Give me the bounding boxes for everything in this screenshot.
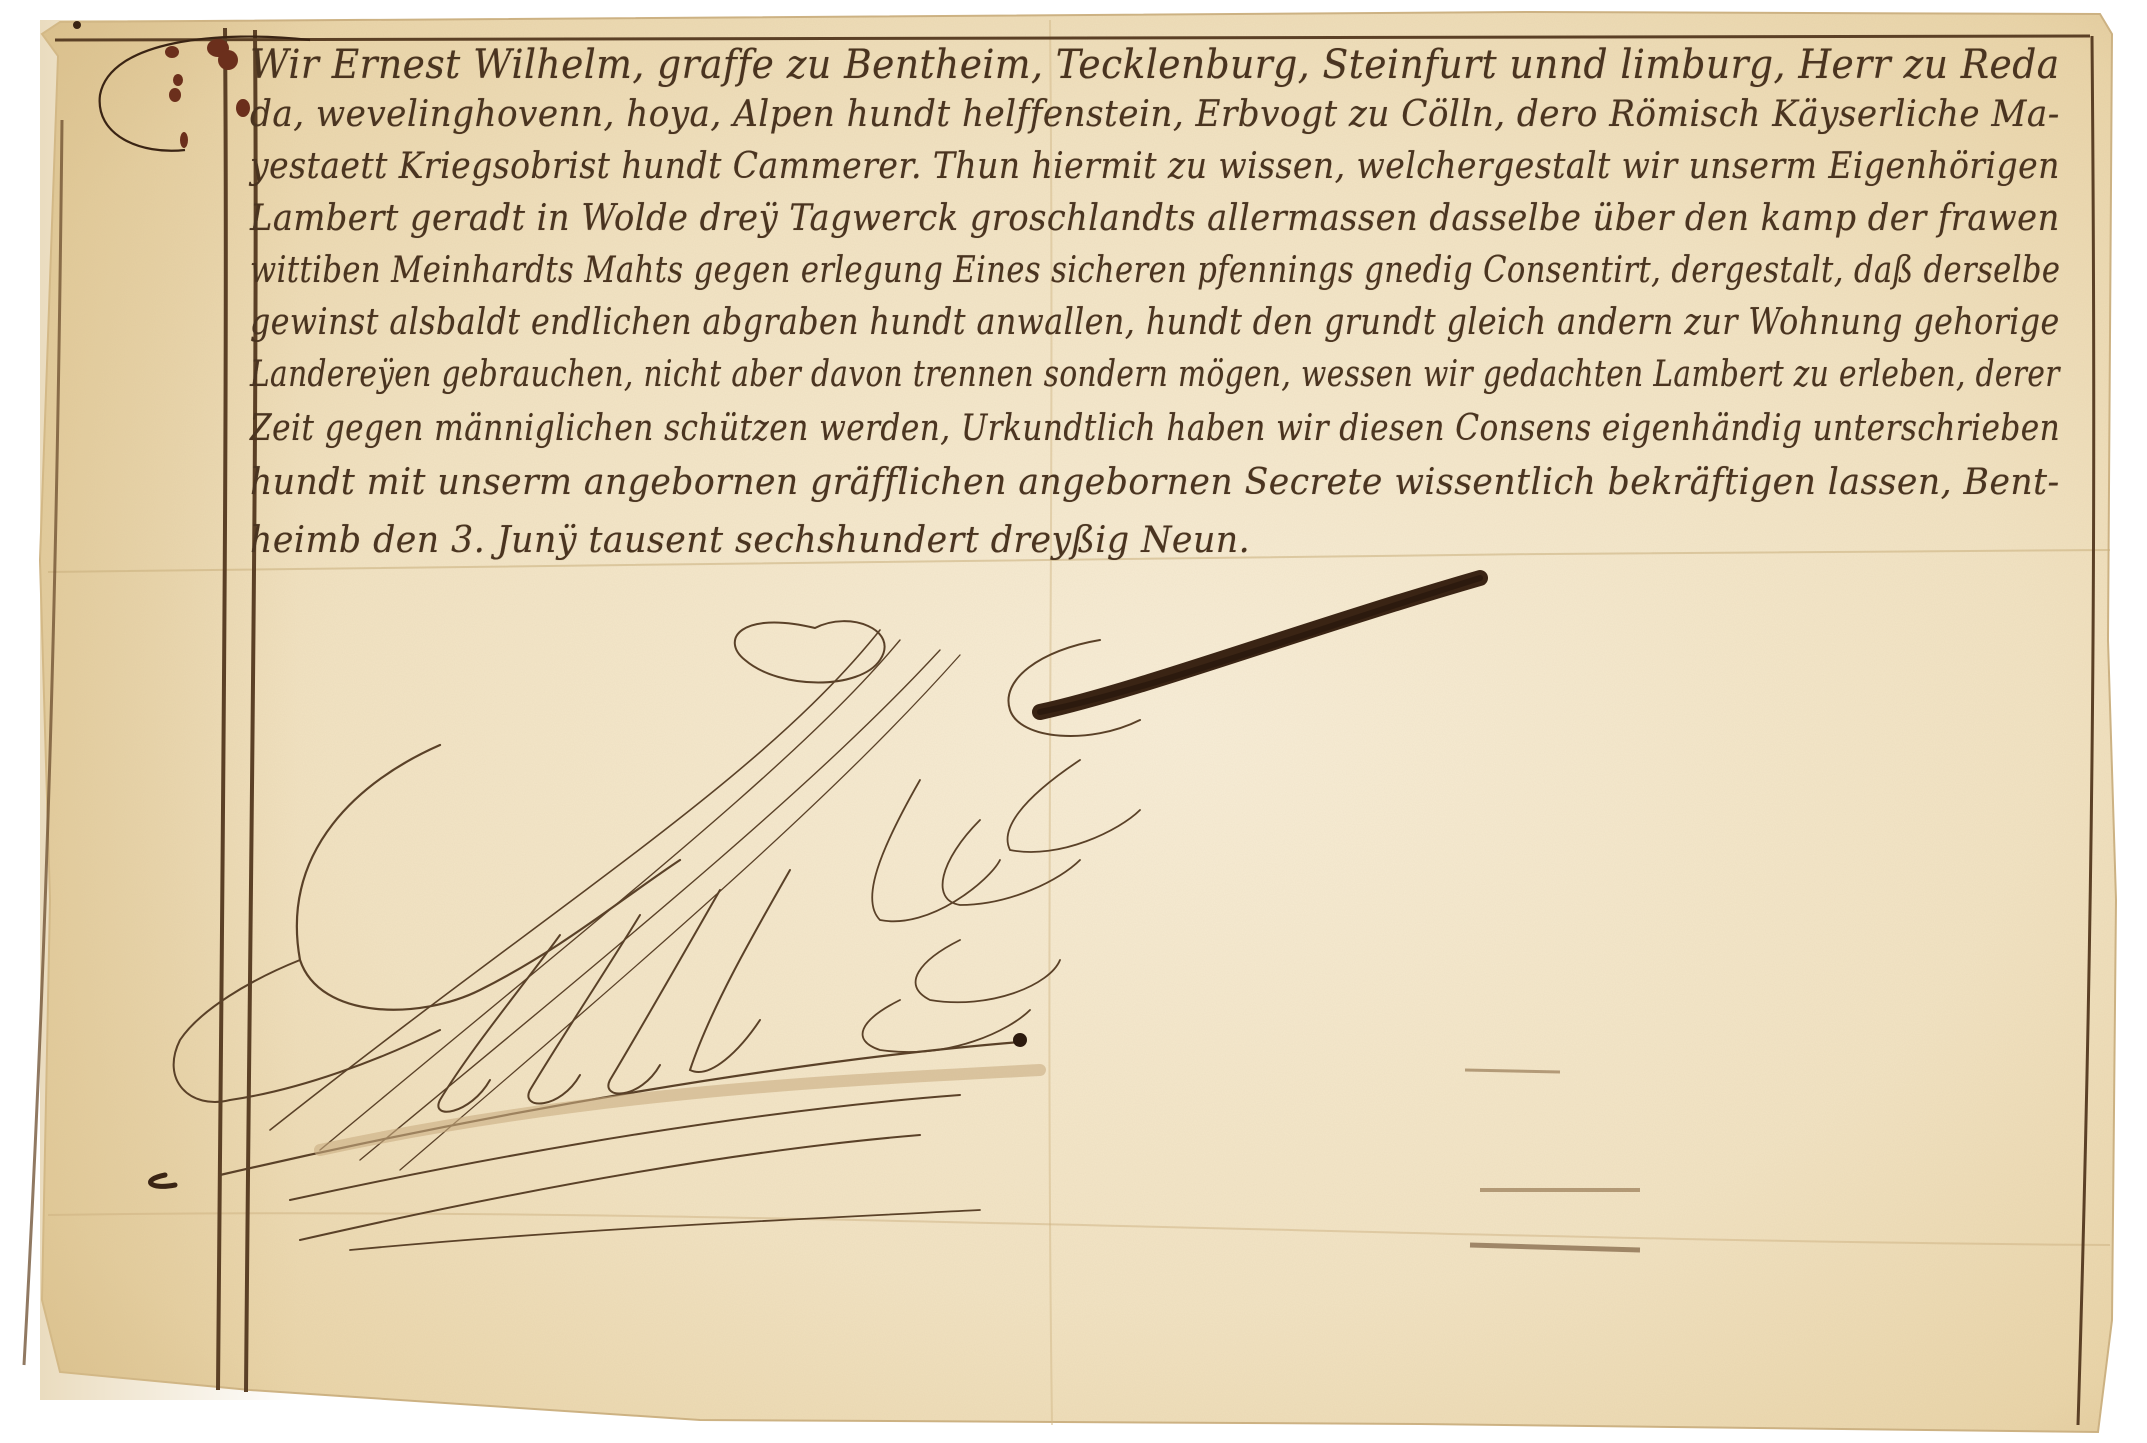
text-line-5: wittiben Meinhardts Mahts gegen erlegung… — [250, 250, 2060, 291]
text-line-6: gewinst alsbaldt endlichen abgraben hund… — [250, 302, 2060, 343]
text-line-2: da, wevelinghovenn, hoya, Alpen hundt he… — [250, 94, 2060, 135]
text-line-10: heimb den 3. Junÿ tausent sechshundert d… — [250, 520, 1250, 561]
text-line-9: hundt mit unserm angebornen gräfflichen … — [250, 462, 2060, 503]
document-page: Wir Ernest Wilhelm, graffe zu Bentheim, … — [0, 0, 2147, 1443]
text-line-8: Zeit gegen männiglichen schützen werden,… — [250, 408, 2060, 449]
text-line-3: yestaett Kriegsobrist hundt Cammerer. Th… — [250, 146, 2060, 187]
text-line-4: Lambert geradt in Wolde dreÿ Tagwerck gr… — [250, 198, 2060, 239]
text-line-1: Wir Ernest Wilhelm, graffe zu Bentheim, … — [250, 42, 2060, 88]
text-line-7: Landereÿen gebrauchen, nicht aber davon … — [250, 354, 2060, 395]
